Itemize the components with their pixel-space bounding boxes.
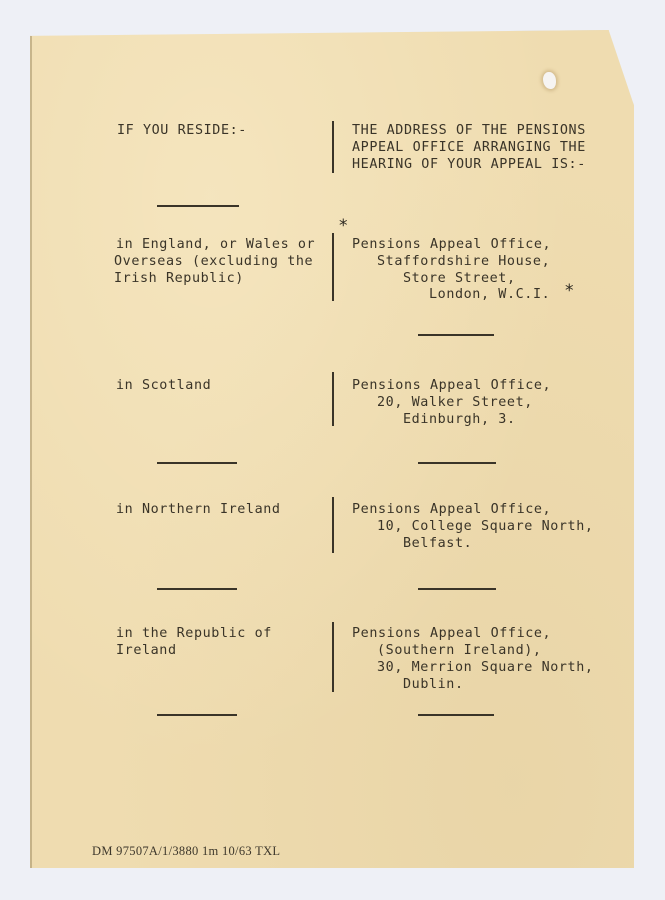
asterisk-annotation: *	[339, 218, 348, 235]
address-scotland-line-2: 20, Walker Street,	[377, 395, 533, 412]
column-divider	[332, 372, 334, 426]
separator-left	[157, 714, 237, 716]
left-column-heading: IF YOU RESIDE:-	[117, 123, 247, 140]
address-republic-ireland-line-1: Pensions Appeal Office,	[352, 626, 551, 643]
address-scotland-line-3: Edinburgh, 3.	[403, 412, 516, 429]
address-northern-ireland-line-1: Pensions Appeal Office,	[352, 502, 551, 519]
residence-republic-ireland-line-1: in the Republic of	[116, 626, 272, 643]
separator-right	[418, 334, 494, 336]
column-divider	[332, 622, 334, 692]
separator-left	[157, 462, 237, 464]
address-republic-ireland-line-4: Dublin.	[403, 677, 464, 694]
address-england-line-2: Staffordshire House,	[377, 254, 550, 271]
page-edge-shadow	[30, 36, 32, 868]
residence-england-line-2: Overseas (excluding the	[114, 254, 313, 271]
residence-england-line-1: in England, or Wales or	[116, 237, 315, 254]
column-divider	[332, 233, 334, 301]
separator-right	[418, 714, 494, 716]
separator-left	[157, 588, 237, 590]
address-northern-ireland-line-3: Belfast.	[403, 536, 472, 553]
address-republic-ireland-line-3: 30, Merrion Square North,	[377, 660, 594, 677]
right-column-heading-line-3: HEARING OF YOUR APPEAL IS:-	[352, 157, 586, 174]
right-column-heading-line-1: THE ADDRESS OF THE PENSIONS	[352, 123, 586, 140]
address-england-line-1: Pensions Appeal Office,	[352, 237, 551, 254]
separator-right	[418, 462, 496, 464]
separator-right	[418, 588, 496, 590]
right-column-heading-line-2: APPEAL OFFICE ARRANGING THE	[352, 140, 586, 157]
punch-hole	[543, 72, 556, 89]
column-divider	[332, 121, 334, 173]
address-northern-ireland-line-2: 10, College Square North,	[377, 519, 594, 536]
residence-northern-ireland: in Northern Ireland	[116, 502, 281, 519]
address-england-line-4: London, W.C.I.	[429, 287, 550, 304]
asterisk-annotation: *	[565, 283, 574, 300]
residence-republic-ireland-line-2: Ireland	[116, 643, 177, 660]
address-scotland-line-1: Pensions Appeal Office,	[352, 378, 551, 395]
separator-left	[157, 205, 239, 207]
column-divider	[332, 497, 334, 553]
address-england-line-3: Store Street,	[403, 271, 516, 288]
address-republic-ireland-line-2: (Southern Ireland),	[377, 643, 542, 660]
residence-scotland: in Scotland	[116, 378, 211, 395]
residence-england-line-3: Irish Republic)	[114, 271, 244, 288]
form-reference-code: DM 97507A/1/3880 1m 10/63 TXL	[92, 844, 280, 859]
